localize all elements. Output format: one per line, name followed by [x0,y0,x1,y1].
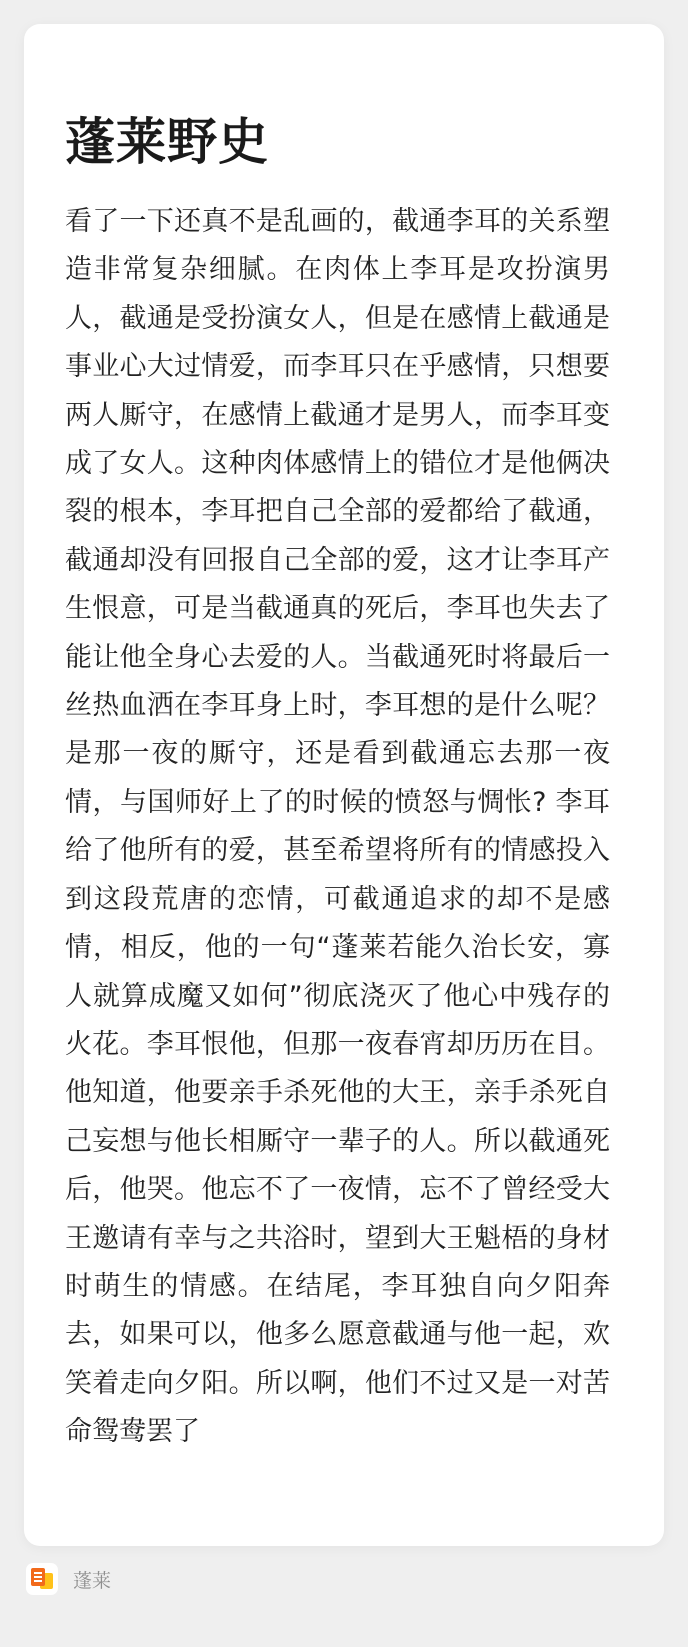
source-label[interactable]: 蓬莱 [73,1566,111,1593]
source-footer[interactable]: 蓬莱 [26,1563,111,1595]
article-title: 蓬莱野史 [65,112,610,172]
article-card: 蓬莱野史 看了一下还真不是乱画的，截通李耳的关系塑造非常复杂细腻。在肉体上李耳是… [24,24,664,1546]
article-body: 看了一下还真不是乱画的，截通李耳的关系塑造非常复杂细腻。在肉体上李耳是攻扮演男人… [65,198,610,1457]
document-front-icon [31,1568,45,1586]
document-app-icon [26,1563,58,1595]
